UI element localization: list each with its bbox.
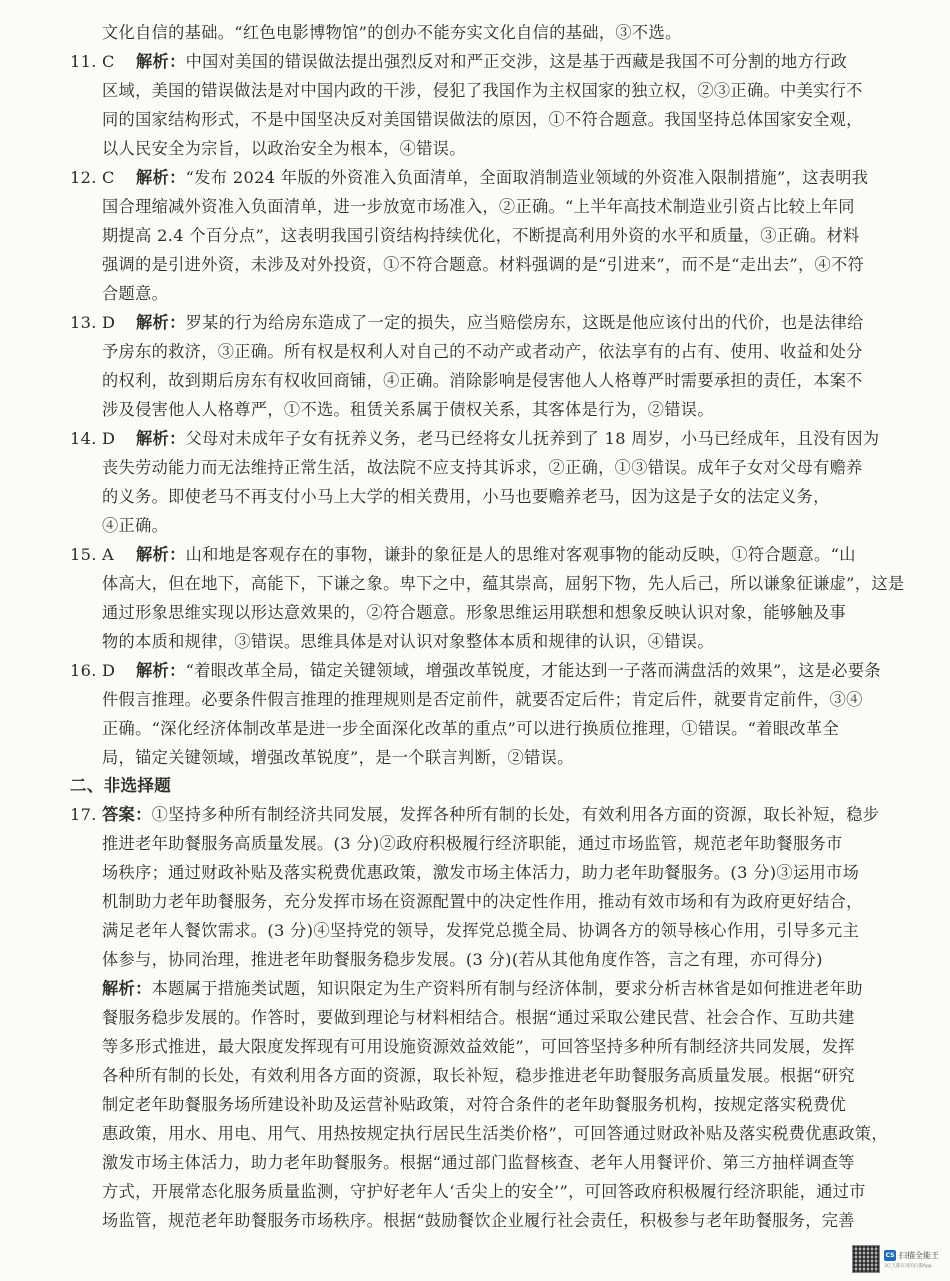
analysis-text: 本题属于措施类试题，知识限定为生产资料所有制与经济体制，要求分析吉林省是如何推进… (152, 979, 863, 998)
section-title: 二、非选择题 (70, 771, 171, 800)
item-number: 13. (70, 308, 102, 337)
q17-analysis-line: 方式，开展常态化服务质量监测，守护好老年人‘舌尖上的安全’”，可回答政府积极履行… (102, 1177, 866, 1206)
item-number: 12. (70, 163, 102, 192)
analysis-text: “发布 2024 年版的外资准入负面清单，全面取消制造业领域的外资准入限制措施”… (186, 168, 869, 187)
item-12-line: 国合理缩减外资准入负面清单，进一步放宽市场准入，②正确。“上半年高技术制造业引资… (102, 192, 855, 221)
item-number: 14. (70, 424, 102, 453)
item-number: 16. (70, 656, 102, 685)
analysis-label: 解析： (136, 429, 186, 448)
analysis-label: 解析： (102, 979, 152, 998)
item-11-line: 以人民安全为宗旨，以政治安全为根本，④错误。 (102, 134, 466, 163)
analysis-label: 解析： (136, 168, 186, 187)
analysis-text: “着眼改革全局，锚定关键领域，增强改革锐度，才能达到一子落而满盘活的效果”，这是… (186, 661, 881, 680)
q17-analysis-line: 各种所有制的长处，有效利用各方面的资源，取长补短，稳步推进老年助餐服务高质量发展… (102, 1061, 855, 1090)
analysis-text: 中国对美国的错误做法提出强烈反对和严正交涉，这是基于西藏是我国不可分割的地方行政 (186, 52, 848, 71)
qr-code-icon (852, 1245, 880, 1273)
q17-answer-line: 机制助力老年助餐服务，充分发挥市场在资源配置中的决定性作用，推动有效市场和有为政… (102, 887, 863, 916)
q17-answer-line: 场秩序；通过财政补贴及落实税费优惠政策，激发市场主体活力，助力老年助餐服务。(3… (102, 858, 859, 887)
answer-text: ①坚持多种所有制经济共同发展，发挥各种所有制的长处，有效利用各方面的资源，取长补… (152, 805, 880, 824)
answer-letter: A (102, 540, 136, 569)
analysis-text: 山和地是客观存在的事物，谦卦的象征是人的思维对客观事物的能动反映，①符合题意。“… (186, 545, 856, 564)
item-11-first-line: 11.C解析：中国对美国的错误做法提出强烈反对和严正交涉，这是基于西藏是我国不可… (70, 47, 847, 76)
item-16-line: 正确。“深化经济体制改革是进一步全面深化改革的重点”可以进行换质位推理，①错误。… (102, 714, 839, 743)
answer-letter: D (102, 308, 136, 337)
item-number: 17. (70, 800, 102, 829)
watermark-app-name: 扫描全能王 (899, 1250, 939, 1261)
item-15-line: 体高大，但在地下，高能下，下谦之象。卑下之中，蕴其崇高，屈躬下物，先人后己，所以… (102, 569, 904, 598)
q17-analysis-line: 惠政策，用水、用电、用气、用热按规定执行居民生活类价格”，可回答通过财政补贴及落… (102, 1119, 888, 1148)
watermark-tagline: 3亿人都在用的扫描App (884, 1263, 939, 1269)
continuation-line: 文化自信的基础。“红色电影博物馆”的创办不能夯实文化自信的基础，③不选。 (102, 18, 682, 47)
item-11-line: 区域，美国的错误做法是对中国内政的干涉，侵犯了我国作为主权国家的独立权，②③正确… (102, 76, 863, 105)
item-16-line: 局，锚定关键领域，增强改革锐度”，是一个联言判断，②错误。 (102, 743, 574, 772)
item-15-line: 物的本质和规律，③错误。思维具体是对认识对象整体本质和规律的认识，④错误。 (102, 627, 714, 656)
item-14-first-line: 14.D解析：父母对未成年子女有抚养义务，老马已经将女儿抚养到了 18 周岁，小… (70, 424, 879, 453)
analysis-text: 罗某的行为给房东造成了一定的损失，应当赔偿房东，这既是他应该付出的代价，也是法律… (186, 313, 864, 332)
item-number: 15. (70, 540, 102, 569)
q17-answer-line: 满足老年人餐饮需求。(3 分)④坚持党的领导，发挥党总揽全局、协调各方的领导核心… (102, 916, 859, 945)
q17-answer-line: 体参与，协同治理，推进老年助餐服务稳步发展。(3 分)(若从其他角度作答，言之有… (102, 945, 823, 974)
answer-letter: D (102, 424, 136, 453)
analysis-label: 解析： (136, 661, 186, 680)
item-15-line: 通过形象思维实现以形达意效果的，②符合题意。形象思维运用联想和想象反映认识对象，… (102, 598, 846, 627)
item-14-line: ④正确。 (102, 511, 168, 540)
analysis-label: 解析： (136, 52, 186, 71)
item-15-first-line: 15.A解析：山和地是客观存在的事物，谦卦的象征是人的思维对客观事物的能动反映，… (70, 540, 856, 569)
q17-analysis-line: 餐服务稳步发展的。作答时，要做到理论与材料相结合。根据“通过采取公建民营、社会合… (102, 1003, 855, 1032)
item-13-first-line: 13.D解析：罗某的行为给房东造成了一定的损失，应当赔偿房东，这既是他应该付出的… (70, 308, 864, 337)
answer-letter: C (102, 163, 136, 192)
item-12-line: 期提高 2.4 个百分点”，这表明我国引资结构持续优化，不断提高利用外资的水平和… (102, 221, 860, 250)
q17-analysis-first-line: 解析：本题属于措施类试题，知识限定为生产资料所有制与经济体制，要求分析吉林省是如… (102, 974, 863, 1003)
item-12-first-line: 12.C解析：“发布 2024 年版的外资准入负面清单，全面取消制造业领域的外资… (70, 163, 868, 192)
answer-letter: D (102, 656, 136, 685)
item-number: 11. (70, 47, 102, 76)
answer-label: 答案： (102, 805, 152, 824)
item-13-line: 予房东的救济，③正确。所有权是权利人对自己的不动产或者动产，依法享有的占有、使用… (102, 337, 863, 366)
q17-analysis-line: 场监管，规范老年助餐服务市场秩序。根据“鼓励餐饮企业履行社会责任，积极参与老年助… (102, 1206, 855, 1235)
analysis-label: 解析： (136, 545, 186, 564)
item-14-line: 的义务。即使老马不再支付小马上大学的相关费用，小马也要赡养老马，因为这是子女的法… (102, 482, 830, 511)
item-12-line: 强调的是引进外资，未涉及对外投资，①不符合题意。材料强调的是“引进来”，而不是“… (102, 250, 864, 279)
analysis-text: 父母对未成年子女有抚养义务，老马已经将女儿抚养到了 18 周岁，小马已经成年，且… (186, 429, 880, 448)
q17-first-line: 17.答案：①坚持多种所有制经济共同发展，发挥各种所有制的长处，有效利用各方面的… (70, 800, 879, 829)
item-16-line: 件假言推理。必要条件假言推理的推理规则是否定前件，就要否定后件；肯定后件，就要肯… (102, 685, 863, 714)
item-11-line: 同的国家结构形式，不是中国坚决反对美国错误做法的原因，①不符合题意。我国坚持总体… (102, 105, 863, 134)
item-12-line: 合题意。 (102, 279, 168, 308)
item-13-line: 涉及侵害他人人格尊严，①不选。租赁关系属于债权关系，其客体是行为，②错误。 (102, 395, 714, 424)
q17-analysis-line: 激发市场主体活力，助力老年助餐服务。根据“通过部门监督核查、老年人用餐评价、第三… (102, 1148, 855, 1177)
q17-answer-line: 推进老年助餐服务高质量发展。(3 分)②政府积极履行经济职能，通过市场监管，规范… (102, 829, 843, 858)
answer-letter: C (102, 47, 136, 76)
camscanner-logo-icon: CS (884, 1250, 896, 1261)
item-16-first-line: 16.D解析：“着眼改革全局，锚定关键领域，增强改革锐度，才能达到一子落而满盘活… (70, 656, 881, 685)
scanner-watermark: CS 扫描全能王 3亿人都在用的扫描App (852, 1243, 948, 1275)
item-13-line: 的权利，故到期后房东有权收回商铺，④正确。消除影响是侵害他人人格尊严时需要承担的… (102, 366, 863, 395)
document-page: 文化自信的基础。“红色电影博物馆”的创办不能夯实文化自信的基础，③不选。 11.… (0, 0, 950, 1281)
analysis-label: 解析： (136, 313, 186, 332)
item-14-line: 丧失劳动能力而无法维持正常生活，故法院不应支持其诉求，②正确，①③错误。成年子女… (102, 453, 863, 482)
q17-analysis-line: 等多形式推进，最大限度发挥现有可用设施资源效益效能”，可回答坚持多种所有制经济共… (102, 1032, 855, 1061)
q17-analysis-line: 制定老年助餐服务场所建设补助及运营补贴政策，对符合条件的老年助餐服务机构，按规定… (102, 1090, 846, 1119)
